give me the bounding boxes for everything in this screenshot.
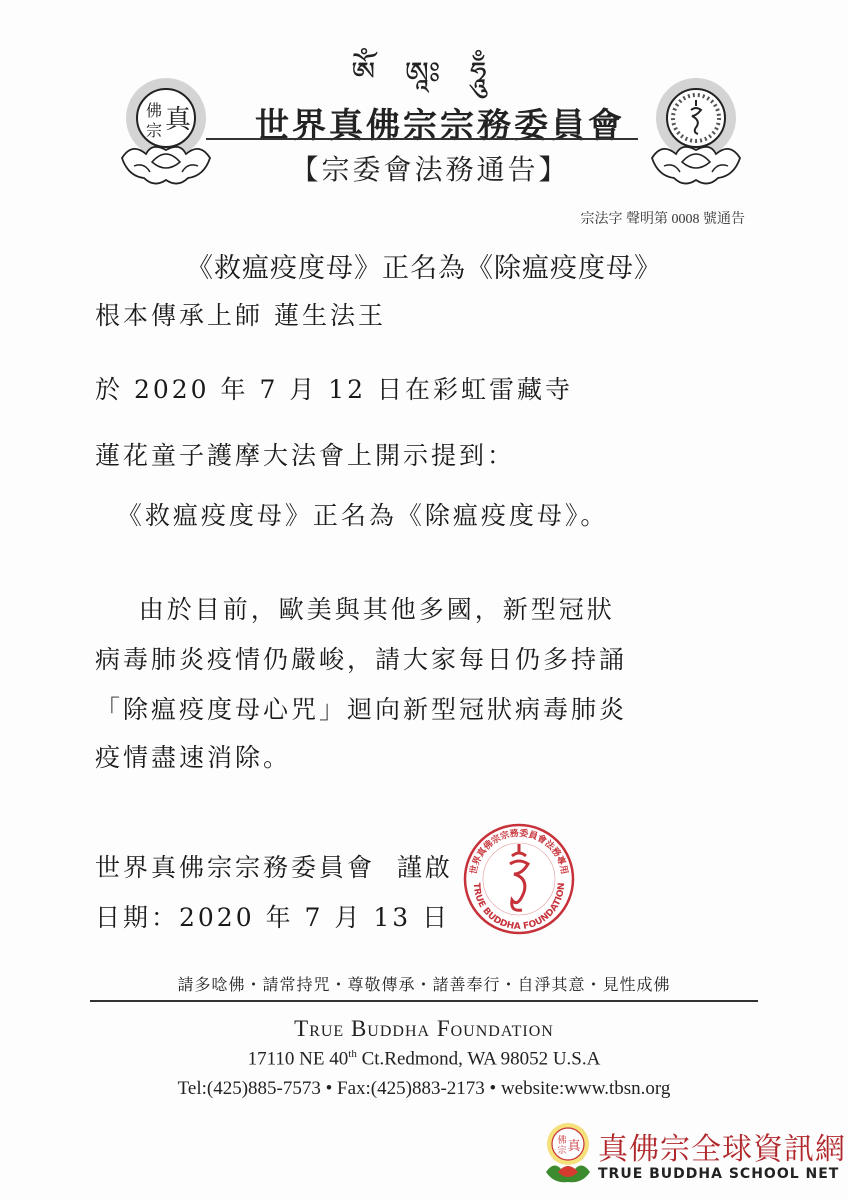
date: 日期：2020 年 7 月 13 日: [95, 898, 450, 934]
tbsn-logo: 佛 宗 真: [542, 1122, 594, 1188]
svg-text:宗: 宗: [557, 1144, 566, 1156]
foundation-contact: Tel:(425)885-7573 • Fax:(425)883-2173 • …: [0, 1078, 848, 1100]
foundation-address: 17110 NE 40th Ct.Redmond, WA 98052 U.S.A: [0, 1048, 848, 1070]
notice-line: 根本傳承上師 蓮生法王: [95, 296, 386, 332]
paragraph-line: 病毒肺炎疫情仍嚴峻，請大家每日仍多持誦: [95, 640, 627, 676]
foundation-name: True Buddha Foundation: [0, 1016, 848, 1042]
notice-line: 蓮花童子護摩大法會上開示提到：: [95, 436, 515, 472]
stamp-seal-icon: 世界真佛宗宗務委員會法務專用 TRUE BUDDHA FOUNDATION: [462, 822, 576, 936]
notice-heading: 《救瘟疫度母》正名為《除瘟疫度母》: [0, 246, 848, 285]
tbsn-lotus-logo-icon: 佛 宗 真: [542, 1122, 594, 1188]
signature: 世界真佛宗宗務委員會 謹啟: [95, 848, 453, 884]
network-name-english: TRUE BUDDHA SCHOOL NET: [598, 1166, 839, 1182]
notice-line: 於 2020 年 7 月 12 日在彩虹雷藏寺: [95, 370, 573, 406]
notice-line: 《救瘟疫度母》正名為《除瘟疫度母》。: [95, 496, 608, 532]
network-name-chinese: 真佛宗全球資訊網: [598, 1124, 846, 1168]
reference-number: 宗法字 聲明第 0008 號通告: [480, 208, 745, 228]
svg-text:真: 真: [567, 1139, 581, 1154]
official-stamp: 世界真佛宗宗務委員會法務專用 TRUE BUDDHA FOUNDATION: [462, 822, 576, 936]
svg-text:佛: 佛: [557, 1134, 566, 1146]
address-street: 17110 NE 40: [248, 1048, 349, 1069]
notice-subtitle: 【宗委會法務通告】: [240, 148, 620, 188]
address-city: Ct.Redmond, WA 98052 U.S.A: [357, 1048, 601, 1069]
address-ordinal: th: [348, 1048, 357, 1060]
footer-divider: [90, 1000, 758, 1002]
paragraph-line: 疫情盡速消除。: [95, 738, 291, 774]
motto: 請多唸佛・請常持咒・尊敬傳承・諸善奉行・自淨其意・見性成佛: [0, 972, 848, 995]
header-divider: [206, 138, 638, 140]
paragraph-line: 「除瘟疫度母心咒」迴向新型冠狀病毒肺炎: [95, 690, 627, 726]
paragraph-line: 由於目前，歐美與其他多國，新型冠狀: [95, 590, 615, 626]
